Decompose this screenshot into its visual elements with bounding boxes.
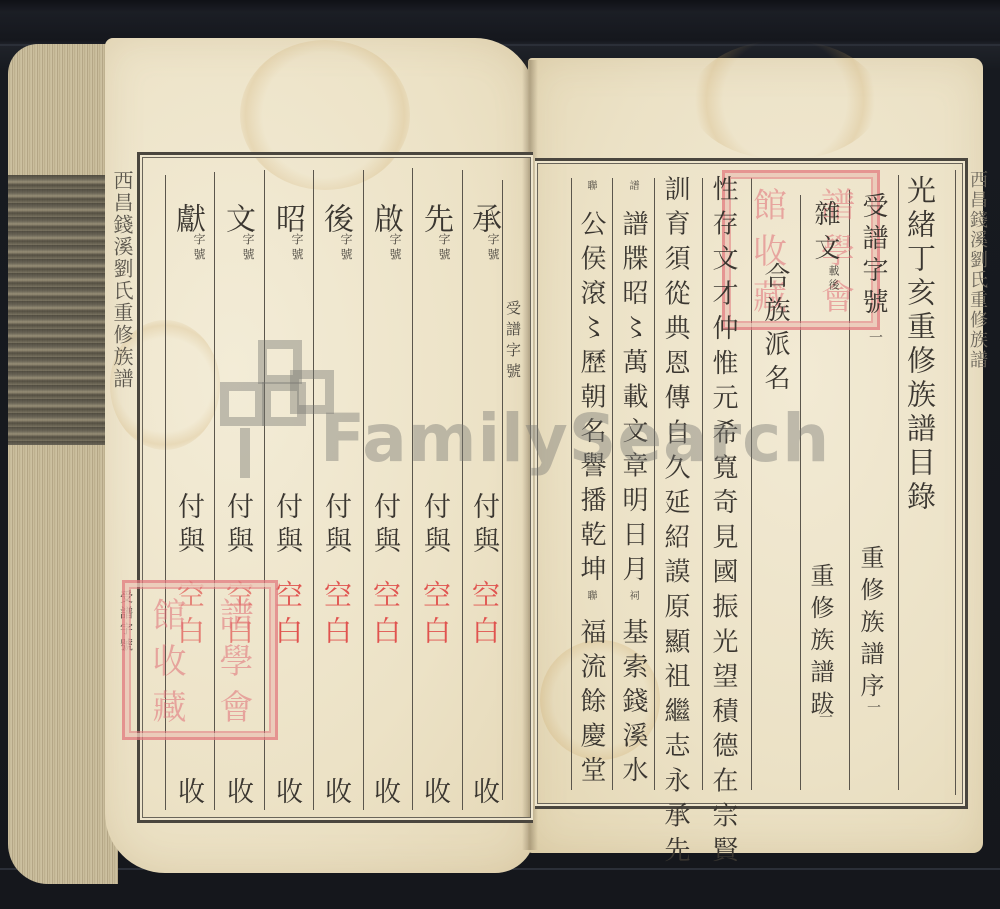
toc-note: 載後 <box>828 265 839 293</box>
toc-entry-preface: 重修族譜序 <box>858 545 882 705</box>
number-label: 字號 <box>193 233 205 263</box>
toc-page-number: 一 <box>818 710 832 727</box>
seal-char: 館 <box>142 597 191 631</box>
couplet-label: 聯 <box>585 180 595 190</box>
receive-label: 收 <box>421 777 448 811</box>
spine-title: 西昌錢溪劉氏重修族譜 <box>112 170 132 440</box>
familysearch-watermark: FamilySearch <box>220 340 780 490</box>
given-label: 付與 <box>371 492 398 560</box>
number-label: 字號 <box>438 233 450 263</box>
given-label: 付與 <box>421 492 448 560</box>
couplet-label: 祠 <box>627 590 637 600</box>
toc-page-number: 一 <box>866 700 880 717</box>
number-label: 字號 <box>389 233 401 263</box>
seal-char: 收 <box>142 643 191 677</box>
receive-label: 收 <box>322 777 349 811</box>
seal-char: 譜 <box>209 597 258 631</box>
column-rule <box>363 170 364 810</box>
seal-char: 學 <box>209 643 258 677</box>
couplet-label: 聯 <box>585 590 595 600</box>
number-label: 字號 <box>340 233 352 263</box>
generation-poem-line: 訓育須從典恩傳自久延紹謨原顯祖繼志永承先 <box>662 175 688 871</box>
receive-label: 收 <box>470 777 497 811</box>
column-rule <box>898 175 899 790</box>
water-stain <box>690 40 880 160</box>
book-edge-bands <box>8 175 113 445</box>
given-label: 付與 <box>175 492 202 560</box>
generation-poem-line: 性存文才仲惟元希寬奇見國振光望積德在宗賢 <box>710 175 736 871</box>
hall-couplet-line: 基索錢溪水 <box>620 618 646 791</box>
toc-entry-postscript: 重修族譜跋 <box>808 563 832 723</box>
toc-page-number: 一 <box>868 330 882 347</box>
column-rule <box>955 170 956 795</box>
blank-stamp: 空白 <box>322 580 350 652</box>
receive-label: 收 <box>175 777 202 811</box>
given-label: 付與 <box>273 492 300 560</box>
seal-char: 館 <box>743 187 792 221</box>
toc-title: 光緒丁亥重修族譜目錄 <box>905 175 934 515</box>
seal-char: 藏 <box>142 689 191 723</box>
given-label: 付與 <box>322 492 349 560</box>
given-label: 付與 <box>470 492 497 560</box>
column-rule <box>502 180 503 800</box>
column-rule <box>462 170 463 810</box>
given-label: 付與 <box>224 492 251 560</box>
blank-stamp: 空白 <box>371 580 399 652</box>
hall-couplet-line: 福流餘慶堂 <box>578 618 604 791</box>
receive-label: 收 <box>224 777 251 811</box>
couplet-label: 譜 <box>627 180 637 190</box>
seal-char: 會 <box>209 689 258 723</box>
receive-label: 收 <box>371 777 398 811</box>
blank-stamp: 空白 <box>421 580 449 652</box>
number-label: 字號 <box>291 233 303 263</box>
collection-seal: 譜 學 會 館 收 藏 <box>122 580 278 740</box>
number-label: 字號 <box>242 233 254 263</box>
watermark-text: FamilySearch <box>320 400 830 477</box>
number-label: 字號 <box>487 233 499 263</box>
book-fore-edge <box>8 44 118 884</box>
receive-label: 收 <box>273 777 300 811</box>
spine-title-right: 西昌錢溪劉氏重修族譜 <box>968 170 986 450</box>
toc-entry-receive-number: 受譜字號 <box>860 192 886 320</box>
column-rule <box>313 170 314 810</box>
toc-entry-misc: 雜文 <box>812 200 838 268</box>
familysearch-logo-icon <box>220 340 330 480</box>
blank-stamp: 空白 <box>470 580 498 652</box>
collection-seal: 譜 學 會 館 收 藏 <box>722 170 880 330</box>
